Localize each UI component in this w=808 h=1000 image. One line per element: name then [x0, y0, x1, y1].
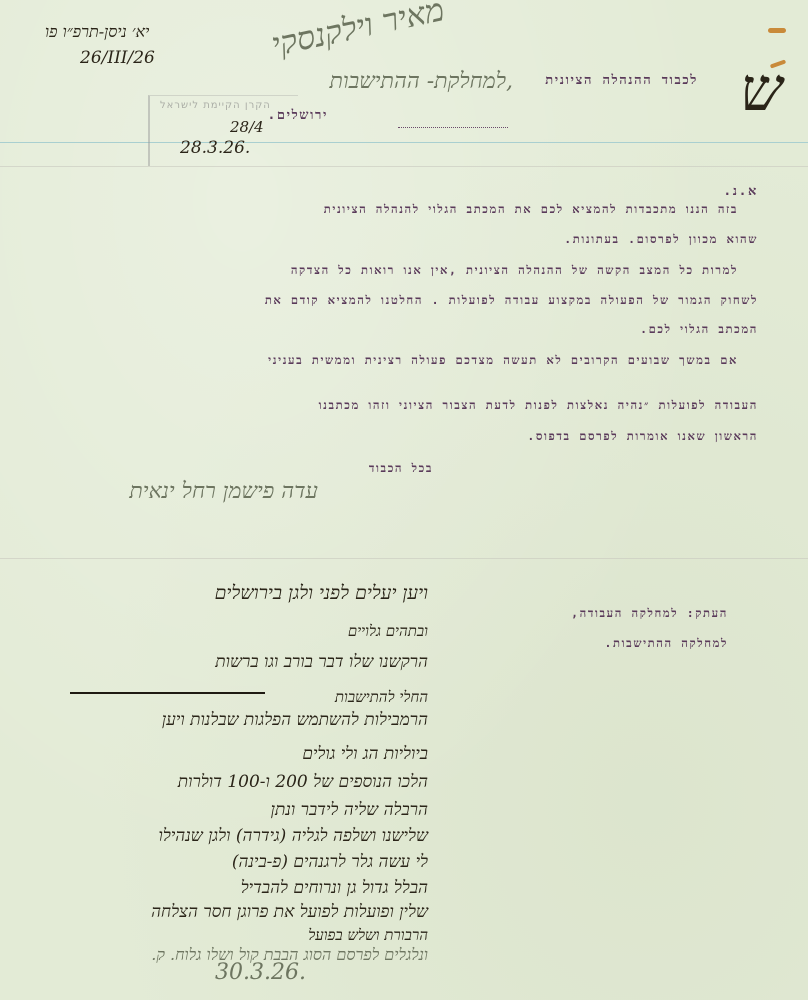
body-line: למרות כל המצב הקשה של ההנהלה הציונית ,אי… — [291, 263, 738, 277]
city-underline — [398, 127, 508, 128]
received-number: 28/4 — [230, 118, 264, 136]
strikethrough — [70, 692, 265, 694]
copy-to-label: העתק: — [687, 606, 728, 620]
salutation: א.נ. — [723, 183, 758, 199]
signatures: עדה פישמן רחל ינאית — [129, 478, 318, 504]
note-line: הבלל גדול גן ונרוחים להבדיל — [241, 878, 428, 898]
body-line: העבודה לפועלות ״נהיה נאלצות לפנות לדעת ה… — [319, 398, 758, 412]
note-line: החלי להתישבות — [335, 688, 428, 707]
received-date: 28.3.26. — [180, 138, 250, 158]
pencil-signature: מאיר וילקנסקי — [268, 0, 447, 64]
body-line: אם במשך שבועים הקרובים לא תעשה מצדכם פעו… — [268, 353, 738, 367]
note-line: הרבלה שליה לידבר ונתן — [271, 800, 428, 820]
note-line: הרבורת ושלש בפועל — [308, 926, 428, 945]
note-line: שלישנו ושלפה לגליה (גידרה) ולגן שנהילו — [159, 826, 428, 846]
gregorian-date: 26/III/26 — [80, 48, 155, 68]
body-line: לשחוק הגמור של הפעולה במקצוע עבודה לפועל… — [265, 293, 758, 307]
copy-to-line2: למחלקה ההתישבות. — [605, 636, 729, 650]
body-line: שהוא מכוון לפרסום. בעתונות. — [564, 232, 758, 246]
ruled-line — [0, 558, 808, 559]
hebrew-date: יא׳ ניסן-תרפ״ו פו — [45, 22, 149, 42]
ruled-line — [0, 142, 808, 143]
note-line: ובתהים גלויים — [348, 622, 428, 641]
ruled-line — [0, 166, 808, 167]
addressee-line: לכבוד ההנהלה הציונית — [545, 72, 698, 88]
body-line: הראשון שאנו אומרות לפרסם בדפוס. — [527, 429, 758, 443]
body-line: בזה הננו מתכבדות להמציא לכם את המכתב הגל… — [324, 202, 738, 216]
addressee-insert: ,למחלקת- ההתישבות — [330, 68, 513, 94]
note-line: ויען יעלים לפני ולגן בירושלים — [215, 582, 428, 605]
copy-to-dept-1: למחלקה העבודה, — [571, 606, 678, 620]
note-line: הרקשנו שלו דבר בורב וגו ברשות — [215, 652, 428, 672]
note-date: 30.3.26. — [215, 960, 306, 985]
note-line: הלכו הנוספים של 200 ו-100 דולרות — [178, 772, 428, 792]
body-line: המכתב הגלוי לכם. — [640, 322, 758, 336]
copy-to-line1: העתק: למחלקה העבודה, — [571, 606, 728, 620]
note-line: לי עשה גלר לרגנהים (פ-בינה) — [232, 852, 428, 872]
note-line: ביוליות הג ולי גולים — [302, 744, 428, 764]
stamp-text: הקרן הקיימת לישראל — [160, 100, 271, 111]
orange-mark — [768, 28, 786, 33]
letter-page: יא׳ ניסן-תרפ״ו פו 26/III/26 מאיר וילקנסק… — [0, 0, 808, 1000]
note-line: הרמבילות להשתמש הפלגות שבלנות ויען — [162, 710, 428, 730]
note-line: שלין ופועלות לפועל את פרוגן חסר הצלחה — [151, 902, 428, 922]
closing: בכל הכבוד — [369, 461, 433, 475]
